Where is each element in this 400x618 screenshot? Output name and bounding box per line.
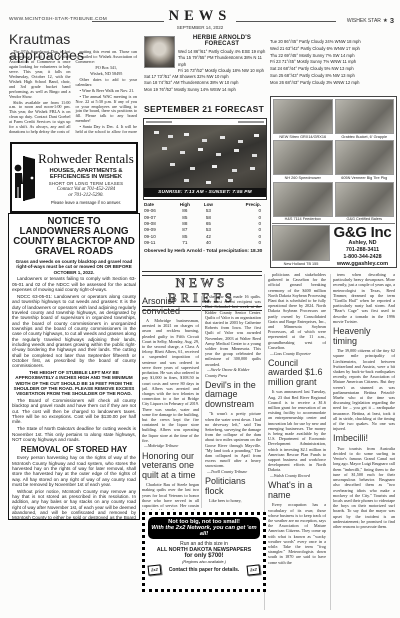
equipment-photo <box>335 140 395 175</box>
equipment-caption: H&S 7114 Feederbox <box>273 217 333 221</box>
2x2-ad-contact: Contact this paper for details. <box>169 567 240 573</box>
forecast-right-block: Tue 20 86°/45° Partly Cloudy 24% WNW 18 … <box>270 39 397 87</box>
paragraph: Every person harvesting hay on the right… <box>12 455 136 487</box>
column-header: Date <box>144 201 172 208</box>
2x2-network-ad: Not too big, not too small! With the 2x2… <box>142 512 266 592</box>
equipment-photo <box>273 182 333 217</box>
equipment-caption: NEW Sitrex GRX14/GRX16 <box>273 135 333 139</box>
equipment-item: G&G Certified Balers <box>334 181 396 222</box>
attribution: —Walsh County Record <box>268 473 326 478</box>
forecast-line: Sat 24 68°/44° Partly Cloudy 5% NW 13 mp… <box>270 66 397 73</box>
issue-date: SEPTEMBER 14, 2022 <box>140 25 260 30</box>
sunrise-sunset-bar: SUNRISE: 7:13 AM - SUNSET: 7:55 PM <box>144 188 266 197</box>
article-body: politicians and stakeholders gathered in… <box>268 272 326 350</box>
notice-title: NOTICE TO LANDOWNERS ALONG COUNTY BLACKT… <box>12 217 136 257</box>
equipment-item: NEW Sitrex GRX14/GRX16 <box>272 98 334 139</box>
star-icon: ★ <box>383 18 388 24</box>
article-body: Every occupation has a vocabulary of its… <box>268 502 326 564</box>
2x2-banner-line1: Not too big, not too small! <box>148 519 260 525</box>
article-headline: Politicians flock <box>205 477 261 496</box>
gg-company-block: G&G Inc Ashley, ND 701-288-3411 1-800-34… <box>330 225 395 266</box>
forecast-line: Thu 22 69°/45° Mostly Sunny 7% SW 14 mph <box>270 53 397 60</box>
forecast-line: Mon 19 76°/52° Mostly Sunny 14% WSW 14 m… <box>144 87 266 93</box>
table-row: 09-1171400 <box>144 239 264 245</box>
forecast-line: Wed 21 63°/42° Partly Cloudy 6% WNW 17 m… <box>270 46 397 53</box>
article-headline: Imbecilli! <box>333 434 395 444</box>
article-headline: Arsonist convicted <box>142 297 199 316</box>
paragraph: Shifts available are from 11:00 a.m. to … <box>9 101 71 136</box>
article-headline: Devil's in the damage downstream <box>205 381 261 410</box>
gg-inc-ad: NEW Sitrex GRX14/GRX16 Grabtec Bucket, 6… <box>270 96 397 268</box>
briefs-column-4: term when describing a particularly heav… <box>333 272 395 616</box>
page-number: 3 <box>390 16 394 25</box>
section-masthead: NEWS <box>160 8 240 25</box>
forecast-left-block: HERBIE ARNOLD'S FORECAST Wed 14 86°/61° … <box>144 35 266 93</box>
column-header: High <box>172 201 197 208</box>
equipment-item: Grabtec Bucket, 6' Grapple <box>334 98 396 139</box>
equipment-caption: Grabtec Bucket, 6' Grapple <box>335 135 395 139</box>
rohweder-note: Please leave a message if no answer. <box>37 200 135 205</box>
2x2-ad-line: (Regions also available.) <box>148 559 260 564</box>
column-divider <box>330 274 331 610</box>
forecast-line: Tue 20 86°/45° Partly Cloudy 24% WNW 18 … <box>270 39 397 46</box>
paper-name-page: WISHEK STAR ★ 3 <box>347 16 394 25</box>
equipment-photo <box>273 99 333 134</box>
article-body: Charlotte Rau of Steele began making qui… <box>142 482 199 510</box>
forecast-line: Mon 26 68°/43° Partly Cloudy 3% WNW 12 m… <box>270 80 397 87</box>
article-headline: Honoring our veterans one quilt at a tim… <box>142 452 199 481</box>
briefs-column-3: politicians and stakeholders gathered in… <box>268 272 326 616</box>
paragraph: • The annual WAC meeting is on Nov. 22 a… <box>76 95 138 125</box>
article-body: she now has made 16 quilts. Her most rec… <box>205 294 261 367</box>
article-headline: What's in a name <box>268 481 326 500</box>
rohweder-contact: Contact Val at 701-452-2184 <box>37 187 135 192</box>
paragraph: Other dates to add to your calendars: <box>76 78 138 88</box>
rohweder-phone2: or 701-212-5290. <box>37 193 135 198</box>
removal-of-stored-hay-title: REMOVAL OF STORED HAY <box>12 445 136 454</box>
equipment-photo <box>335 99 395 134</box>
briefs-column-1: Arsonist convicted A Mobridge businessma… <box>142 294 199 510</box>
paper-name: WISHEK STAR <box>347 18 381 24</box>
2x2-badge-icon: 2x2 <box>148 564 162 575</box>
equipment-item: H&S 7114 Feederbox <box>272 181 334 222</box>
attribution: —Traill County Tribune <box>205 469 261 474</box>
gg-city: Ashley, ND <box>330 240 395 247</box>
forecast-line: Sun 25 68°/43° Partly Cloudy 8% NW 13 mp… <box>270 73 397 80</box>
paragraph: The Board of Commissioners will check al… <box>12 398 136 425</box>
notice-to-landowners: NOTICE TO LANDOWNERS ALONG COUNTY BLACKT… <box>8 213 140 520</box>
header-rule-right <box>236 21 336 22</box>
herbie-arnold-photo <box>144 36 175 68</box>
article-body: A Mobridge businessman, arrested in 2021… <box>142 318 199 443</box>
column-header: Precip. <box>220 201 264 208</box>
equipment-photo <box>273 140 333 175</box>
gg-company-name: G&G Inc <box>330 225 395 240</box>
rohweder-title: Rohweder Rentals <box>37 151 135 167</box>
rohweder-services: HOUSES, APARTMENTS & EFFICIENCIES IN WIS… <box>37 168 135 180</box>
2x2-ad-banner: Not too big, not too small! With the 2x2… <box>148 517 260 539</box>
article-headline: Heavenly timing <box>333 327 395 346</box>
rohweder-leases: SHORT OR LONG TERM LEASES <box>37 181 135 186</box>
equipment-photo <box>335 182 395 217</box>
paragraph: Landowners or tenants failing to comply … <box>12 276 136 292</box>
tractor-caption: New Holland TB 155 <box>272 262 330 266</box>
rohweder-rentals-ad: Rohweder Rentals HOUSES, APARTMENTS & EF… <box>10 142 138 213</box>
column-header: Low <box>197 201 219 208</box>
gg-tollfree: 1-800-344-2428 <box>330 254 395 261</box>
temperature-labels <box>154 131 159 134</box>
equipment-item: 605N Vermeer Big Tire Pkg <box>334 139 396 180</box>
sep21-forecast-title: SEPTEMBER 21 FORECAST <box>144 104 266 114</box>
paragraph: NDCC 63-05-01: Landowners or operators a… <box>12 294 136 369</box>
door-person-icon <box>13 151 37 205</box>
equipment-item: NH 260 Speedmower <box>272 139 334 180</box>
equipment-caption: G&G Certified Balers <box>335 217 395 221</box>
briefs-column-2: she now has made 16 quilts. Her most rec… <box>205 294 261 510</box>
header-rule-left <box>92 21 164 22</box>
article-body: term when describing a particularly heav… <box>333 272 395 324</box>
article-body: "It wasn't a pretty picture when the wat… <box>205 411 261 468</box>
column-divider <box>201 296 202 508</box>
tractor-item: New Holland TB 155 <box>272 225 330 266</box>
article-body: Like bees to honey, <box>205 498 261 503</box>
article-body: It was announced last Tuesday, Aug. 23 t… <box>268 389 326 472</box>
article-headline: Council awarded $1.6 million grant <box>268 359 326 388</box>
equipment-caption: 605N Vermeer Big Tire Pkg <box>335 176 395 180</box>
paragraph: • Wine & Beer Walk on Nov. 21. <box>76 89 138 94</box>
attribution: —Cass County Reporter <box>268 351 326 356</box>
krautmas-body: The 97th Sauerkraut Day is fast approach… <box>9 50 137 140</box>
weather-map-box: SUNRISE: 7:13 AM - SUNSET: 7:55 PM <box>143 118 267 200</box>
paragraph: The 97th Sauerkraut Day is fast approach… <box>9 50 71 100</box>
paragraph: Grass and weeds on county blacktop and g… <box>12 259 136 275</box>
paragraph: THE HEIGHT OF STUBBLE LEFT MAY BE APPROX… <box>12 370 136 397</box>
2x2-ad-line: ALL NORTH DAKOTA NEWSPAPERS <box>148 547 260 553</box>
gg-website: www.ggashley.com <box>330 261 395 267</box>
paragraph: Without prior notice, McIntosh County ma… <box>12 489 136 520</box>
article-body: The 39,000 citizens of the tiny 62 squar… <box>333 348 395 431</box>
forecast-line: Fri 23 71°/45° Mostly Sunny 7% WNW 11 mp… <box>270 59 397 66</box>
article-body: Two tourists from Australia decided to d… <box>333 446 395 529</box>
tractor-photo <box>272 225 330 261</box>
newspaper-page: WWW.MCINTOSH-STAR-TRIBUNE.COM NEWS SEPTE… <box>0 0 400 618</box>
attribution: —Steele Ozone & Kidder County Press <box>205 367 261 377</box>
2x2-banner-line2: With the 2x2 Network, you can get 'em al… <box>148 525 260 537</box>
2x2-badge-icon: 2x2 <box>246 564 260 575</box>
us-weather-map <box>144 125 266 188</box>
observed-weather-table: Date High Low Precip. 09-0686530 09-0785… <box>144 201 264 246</box>
equipment-caption: NH 260 Speedmower <box>273 176 333 180</box>
attribution: —Mobridge Tribune <box>142 443 199 448</box>
paragraph: putting this event on. Those can be mail… <box>76 50 138 65</box>
paragraph: The State of North Dakota's deadline for… <box>12 426 136 442</box>
gg-phone: 701-288-3411 <box>330 247 395 254</box>
observed-note: Observed by Herb Arnold - Total precipit… <box>144 249 265 255</box>
